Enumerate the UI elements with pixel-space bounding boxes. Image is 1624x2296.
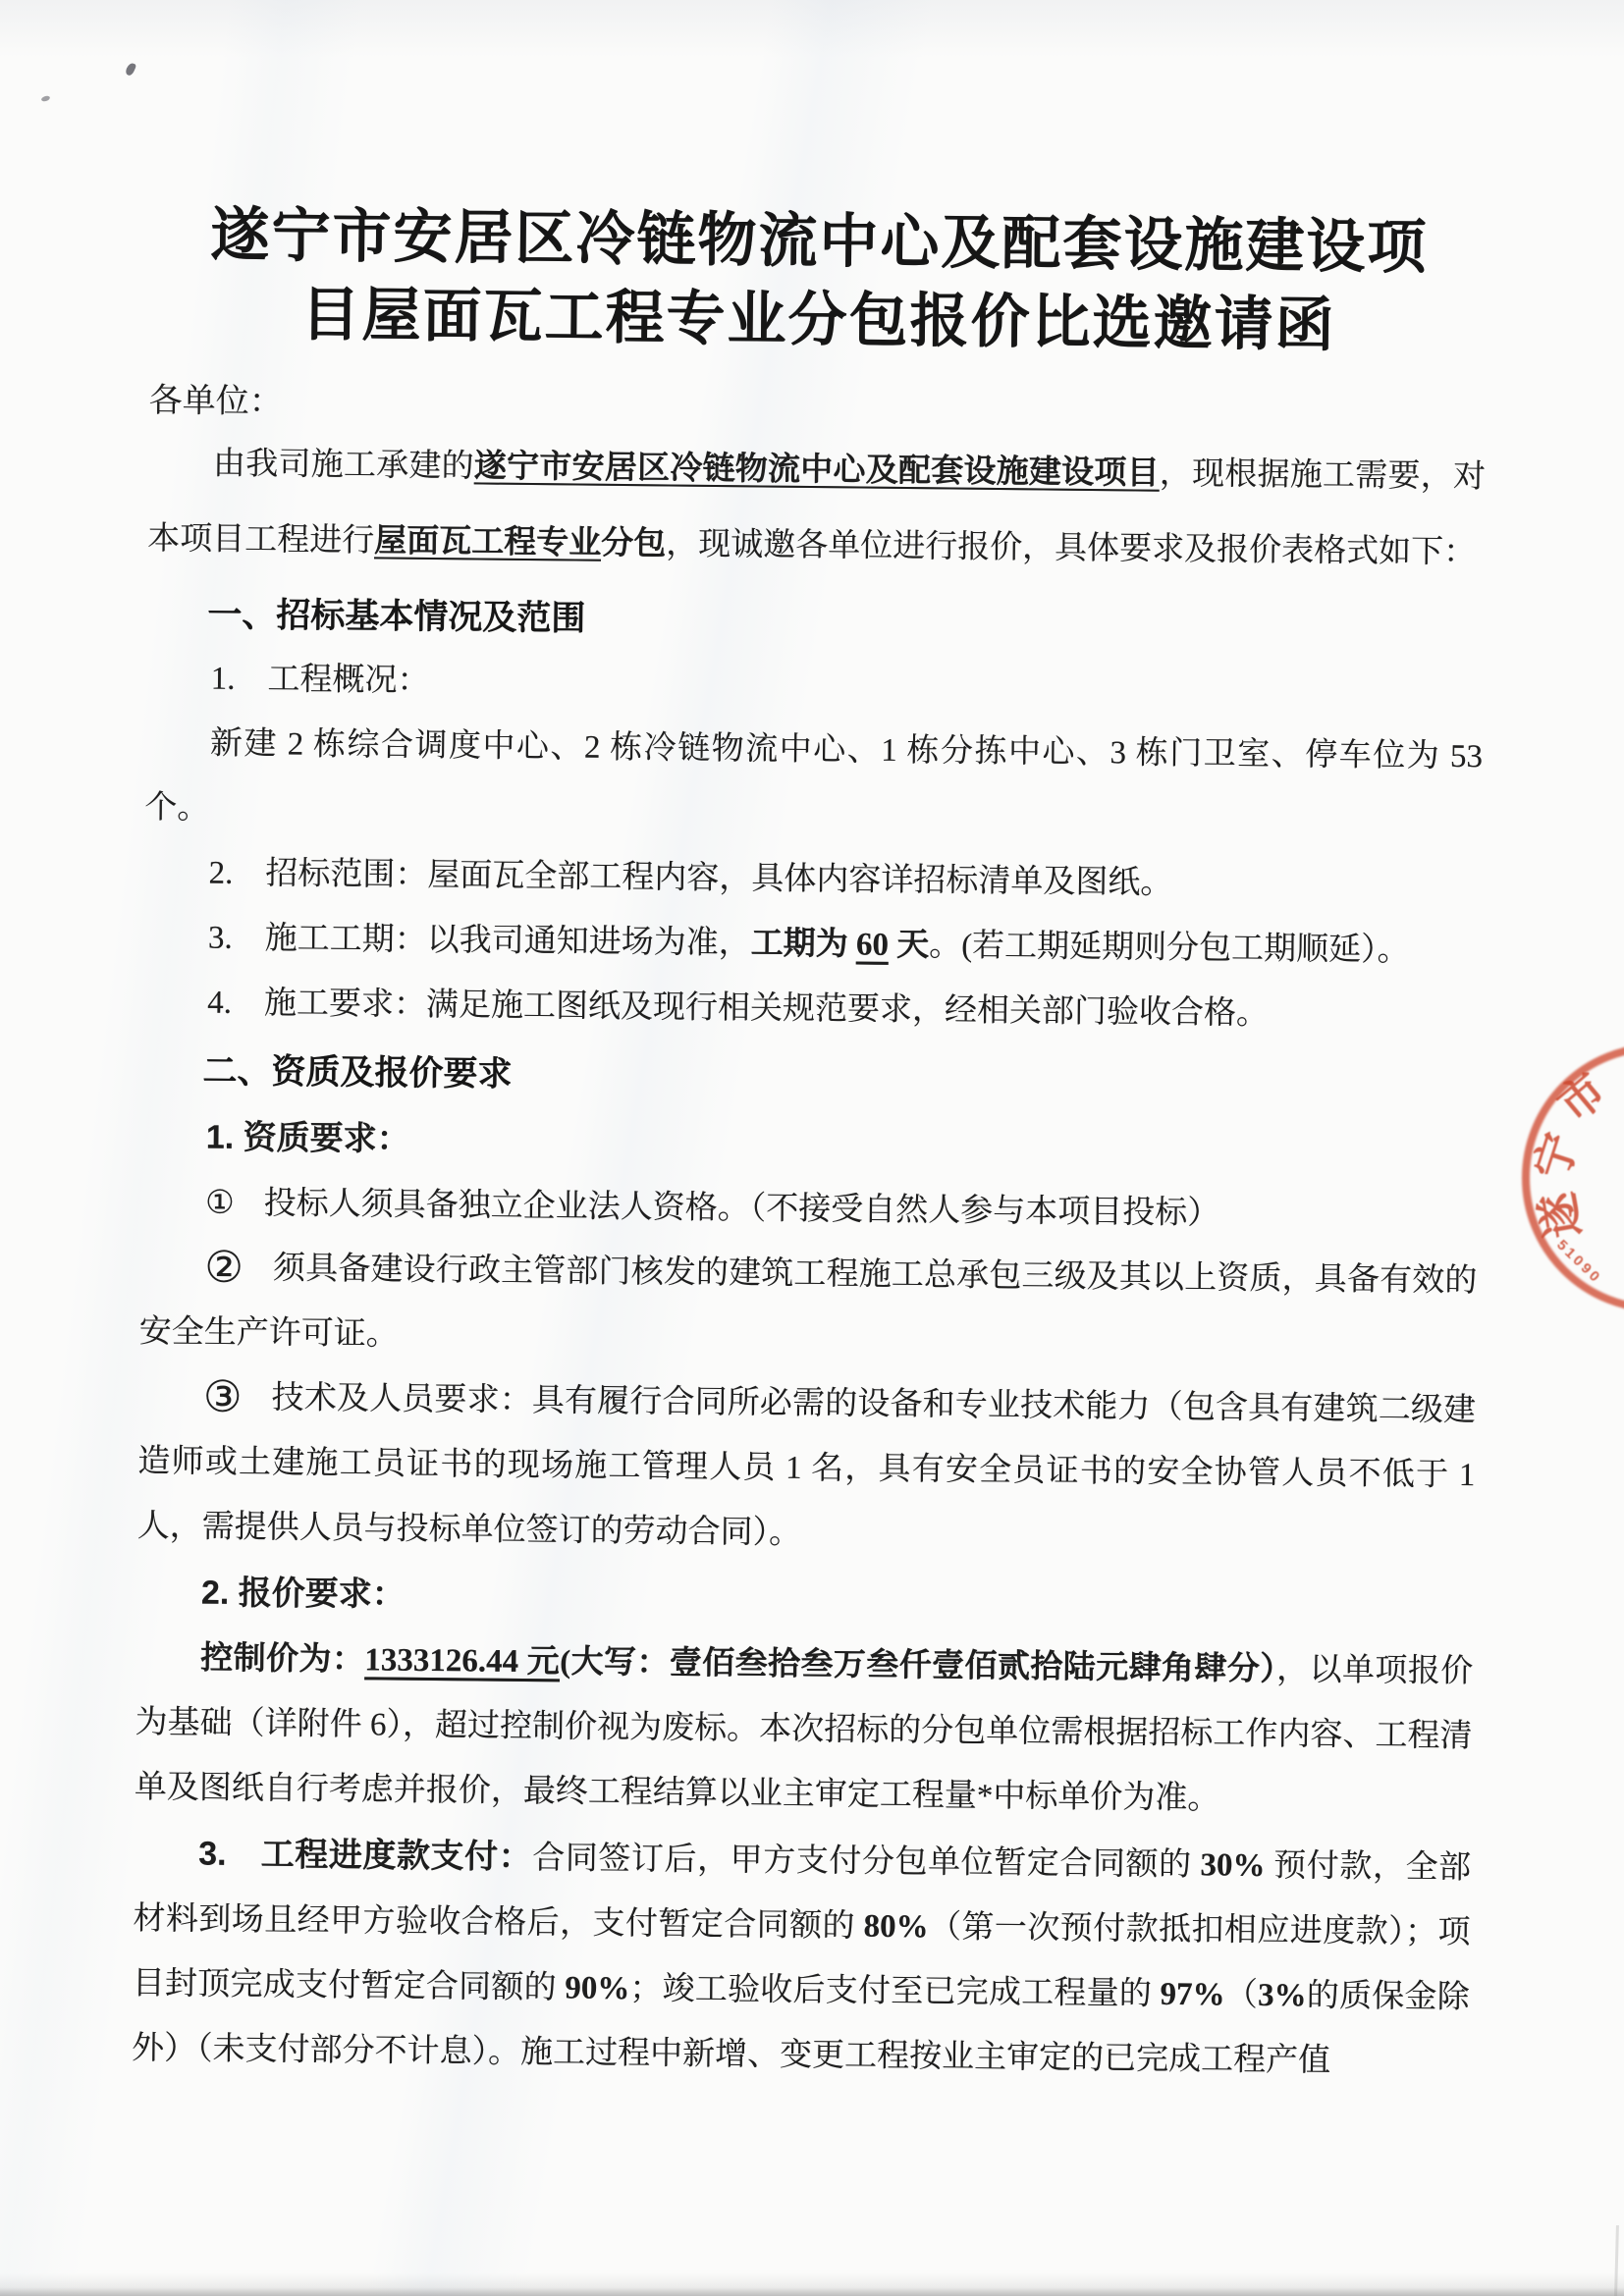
- requirement-1-text: 投标人须具备独立企业法人资格。（不接受自然人参与本项目投标）: [264, 1187, 1220, 1232]
- control-price-paragraph: 控制价为：1333126.44 元(大写：壹佰叁拾叁万叁仟壹佰贰拾陆元肆角肆分）…: [135, 1626, 1474, 1834]
- intro-paragraph: 由我司施工承建的遂宁市安居区冷链物流中心及配套设施建设项目，现根据施工需要，对本…: [147, 426, 1487, 592]
- circled-1-marker: ①: [205, 1171, 235, 1236]
- payment-seg4: ；竣工验收后支付至已完成工程量的: [629, 1971, 1161, 2012]
- item3-days-value: 60: [856, 928, 889, 963]
- requirement-3-text: 技术及人员要求：具有履行合同所必需的设备和专业技术能力（包含具有建筑二级建造师或…: [136, 1381, 1476, 1552]
- subcontract-name: 屋面瓦工程专业: [374, 524, 601, 561]
- scanned-document-page: 遂宁市安居区冷链物流中心及配套设施建设项 目屋面瓦工程专业分包报价比选邀请函 各…: [0, 0, 1624, 2296]
- item3-duration-label: 工期为: [750, 927, 856, 963]
- circled-2-marker: ②: [204, 1247, 244, 1290]
- company-seal-stamp: 市 宁 遂 51090: [1522, 1043, 1624, 1312]
- subcontract-tail: 分包: [601, 526, 666, 562]
- requirement-2: ②须具备建设行政主管部门核发的建筑工程施工总承包三级及其以上资质，具备有效的安全…: [138, 1235, 1477, 1378]
- project-name: 遂宁市安居区冷链物流中心及配套设施建设项目: [474, 449, 1160, 491]
- section1-item4: 4. 施工要求：满足施工图纸及现行相关规范要求，经相关部门验收合格。: [142, 970, 1481, 1048]
- document-content: 遂宁市安居区冷链物流中心及配套设施建设项 目屋面瓦工程专业分包报价比选邀请函 各…: [0, 0, 1624, 2097]
- item3-days-unit: 天: [889, 928, 930, 963]
- scan-right-edge: [1614, 2225, 1619, 2296]
- intro-pre: 由我司施工承建的: [213, 446, 474, 484]
- requirement-2-text: 须具备建设行政主管部门核发的建筑工程施工总承包三级及其以上资质，具备有效的安全生…: [139, 1252, 1478, 1353]
- title-line-2: 目屋面瓦工程专业分包报价比选邀请函: [300, 281, 1336, 357]
- control-price-label: 控制价为：: [200, 1641, 364, 1679]
- circled-3-marker: ③: [203, 1376, 243, 1419]
- payment-seg1: 合同签订后，甲方支付分包单位暂定合同额的: [532, 1841, 1201, 1883]
- item3-post: 。(若工期延期则分包工期顺延）。: [929, 929, 1410, 969]
- payment-pct-90: 90%: [565, 1971, 629, 2007]
- control-price-capitals: (大写：壹佰叁拾叁万叁仟壹佰贰拾陆元肆角肆分）: [560, 1645, 1276, 1688]
- payment-seg5: （: [1224, 1978, 1258, 2013]
- payment-pct-3: 3%: [1258, 1978, 1307, 2014]
- section1-item1-body: 新建 2 栋综合调度中心、2 栋冷链物流中心、1 栋分拣中心、3 栋门卫室、停车…: [144, 711, 1483, 854]
- seal-char-sui: 遂: [1534, 1189, 1586, 1241]
- scan-bottom-edge: [0, 2287, 1624, 2296]
- payment-pct-80: 80%: [863, 1909, 928, 1946]
- item3-pre: 3. 施工工期：以我司通知进场为准，: [208, 921, 751, 962]
- payment-subheading: 3. 工程进度款支付：: [198, 1836, 532, 1877]
- intro-post: ，现诚邀各单位进行报价，具体要求及报价表格式如下：: [666, 527, 1476, 571]
- payment-pct-97: 97%: [1160, 1977, 1224, 2013]
- requirement-3: ③技术及人员要求：具有履行合同所必需的设备和专业技术能力（包含具有建筑二级建造师…: [136, 1364, 1476, 1573]
- document-title: 遂宁市安居区冷链物流中心及配套设施建设项 目屋面瓦工程专业分包报价比选邀请函: [149, 195, 1489, 366]
- payment-pct-30: 30%: [1200, 1848, 1265, 1885]
- control-price-value: 1333126.44 元: [364, 1643, 560, 1681]
- payment-paragraph: 3. 工程进度款支付：合同签订后，甲方支付分包单位暂定合同额的 30% 预付款，…: [132, 1820, 1472, 2095]
- title-line-1: 遂宁市安居区冷链物流中心及配套设施建设项: [210, 202, 1429, 281]
